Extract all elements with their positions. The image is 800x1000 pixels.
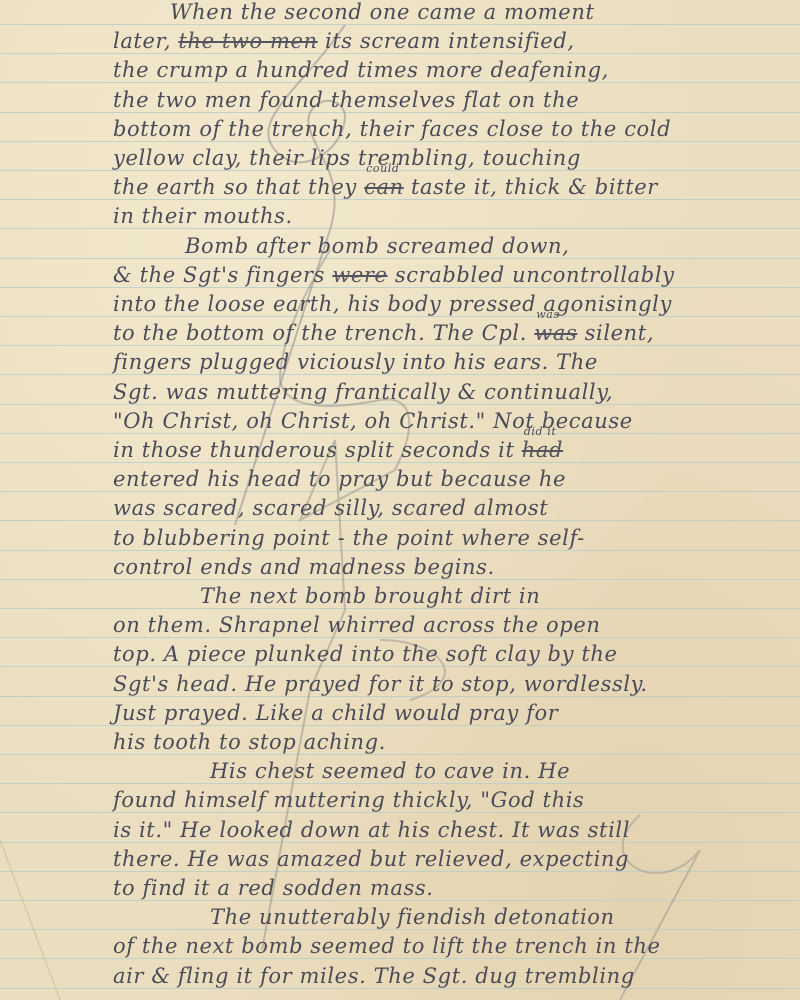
line-text: in their mouths. bbox=[113, 204, 293, 228]
manuscript-line: The next bomb brought dirt in bbox=[0, 584, 800, 608]
line-text: bottom of the trench, their faces close … bbox=[113, 117, 671, 141]
line-text: in those thunderous split seconds it bbox=[113, 438, 515, 462]
ruled-line bbox=[0, 696, 800, 697]
line-text: His chest seemed to cave in. He bbox=[210, 759, 570, 783]
line-text: the crump a hundred times more deafening… bbox=[113, 58, 609, 82]
inserted-correction: could bbox=[366, 162, 399, 175]
manuscript-line: to the bottom of the trench. The Cpl. wa… bbox=[0, 321, 800, 345]
ruled-line bbox=[0, 754, 800, 755]
struck-out-word: the two men bbox=[178, 29, 317, 53]
manuscript-page: When the second one came a momentlater, … bbox=[0, 0, 800, 1000]
manuscript-line: on them. Shrapnel whirred across the ope… bbox=[0, 613, 800, 637]
ruled-line bbox=[0, 24, 800, 25]
manuscript-line: his tooth to stop aching. bbox=[0, 730, 800, 754]
manuscript-line: the crump a hundred times more deafening… bbox=[0, 58, 800, 82]
manuscript-line: later, the two men its scream intensifie… bbox=[0, 29, 800, 53]
line-text: of the next bomb seemed to lift the tren… bbox=[113, 934, 661, 958]
line-text: When the second one came a moment bbox=[170, 0, 594, 24]
manuscript-line: in those thunderous split seconds it had… bbox=[0, 438, 800, 462]
manuscript-line: control ends and madness begins. bbox=[0, 555, 800, 579]
line-text: to find it a red sodden mass. bbox=[113, 876, 434, 900]
manuscript-line: "Oh Christ, oh Christ, oh Christ." Not b… bbox=[0, 409, 800, 433]
struck-out-word: were bbox=[332, 263, 387, 287]
struck-out-word: was bbox=[534, 321, 577, 345]
struck-out-word: can bbox=[364, 175, 404, 199]
ruled-line bbox=[0, 404, 800, 405]
ruled-line bbox=[0, 141, 800, 142]
manuscript-line: the earth so that they cancould taste it… bbox=[0, 175, 800, 199]
manuscript-line: the two men found themselves flat on the bbox=[0, 88, 800, 112]
ruled-line bbox=[0, 871, 800, 872]
line-text: was scared, scared silly, scared almost bbox=[113, 496, 548, 520]
line-text: Sgt's head. He prayed for it to stop, wo… bbox=[113, 672, 648, 696]
ruled-line bbox=[0, 550, 800, 551]
manuscript-line: fingers plugged viciously into his ears.… bbox=[0, 350, 800, 374]
manuscript-line: Sgt's head. He prayed for it to stop, wo… bbox=[0, 672, 800, 696]
manuscript-line: to find it a red sodden mass. bbox=[0, 876, 800, 900]
line-text: yellow clay, their lips trembling, touch… bbox=[113, 146, 581, 170]
line-text: air & fling it for miles. The Sgt. dug t… bbox=[113, 964, 635, 988]
line-text: Just prayed. Like a child would pray for bbox=[113, 701, 558, 725]
line-text: Sgt. was muttering frantically & continu… bbox=[113, 380, 613, 404]
ruled-line bbox=[0, 900, 800, 901]
line-text: his tooth to stop aching. bbox=[113, 730, 386, 754]
line-text: Bomb after bomb screamed down, bbox=[185, 234, 569, 258]
manuscript-line: found himself muttering thickly, "God th… bbox=[0, 788, 800, 812]
ruled-line bbox=[0, 258, 800, 259]
manuscript-line: of the next bomb seemed to lift the tren… bbox=[0, 934, 800, 958]
line-text-continued: silent, bbox=[585, 321, 654, 345]
line-text: there. He was amazed but relieved, expec… bbox=[113, 847, 629, 871]
line-text: & the Sgt's fingers bbox=[113, 263, 325, 287]
line-text: the two men found themselves flat on the bbox=[113, 88, 579, 112]
manuscript-line: Just prayed. Like a child would pray for bbox=[0, 701, 800, 725]
line-text: the earth so that they bbox=[113, 175, 357, 199]
ruled-line bbox=[0, 316, 800, 317]
line-text: to blubbering point - the point where se… bbox=[113, 526, 585, 550]
manuscript-line: Bomb after bomb screamed down, bbox=[0, 234, 800, 258]
line-text: control ends and madness begins. bbox=[113, 555, 495, 579]
line-text: The unutterably fiendish detonation bbox=[210, 905, 615, 929]
line-text-continued: scrabbled uncontrollably bbox=[395, 263, 675, 287]
line-text: found himself muttering thickly, "God th… bbox=[113, 788, 584, 812]
line-text: into the loose earth, his body pressed a… bbox=[113, 292, 672, 316]
line-text: fingers plugged viciously into his ears.… bbox=[113, 350, 598, 374]
manuscript-line: & the Sgt's fingers were scrabbled uncon… bbox=[0, 263, 800, 287]
struck-out-word: had bbox=[522, 438, 563, 462]
ruled-line bbox=[0, 725, 800, 726]
manuscript-line: to blubbering point - the point where se… bbox=[0, 526, 800, 550]
line-text-continued: its scream intensified, bbox=[325, 29, 575, 53]
ruled-line bbox=[0, 433, 800, 434]
manuscript-line: was scared, scared silly, scared almost bbox=[0, 496, 800, 520]
manuscript-line: When the second one came a moment bbox=[0, 0, 800, 24]
manuscript-line: in their mouths. bbox=[0, 204, 800, 228]
manuscript-line: there. He was amazed but relieved, expec… bbox=[0, 847, 800, 871]
ruled-line bbox=[0, 842, 800, 843]
manuscript-line: The unutterably fiendish detonation bbox=[0, 905, 800, 929]
manuscript-line: entered his head to pray but because he bbox=[0, 467, 800, 491]
ruled-line bbox=[0, 112, 800, 113]
ruled-line bbox=[0, 170, 800, 171]
line-text-continued: taste it, thick & bitter bbox=[411, 175, 658, 199]
manuscript-line: into the loose earth, his body pressed a… bbox=[0, 292, 800, 316]
line-text: The next bomb brought dirt in bbox=[200, 584, 540, 608]
line-text: later, bbox=[113, 29, 171, 53]
manuscript-line: air & fling it for miles. The Sgt. dug t… bbox=[0, 964, 800, 988]
line-text: to the bottom of the trench. The Cpl. bbox=[113, 321, 527, 345]
ruled-line bbox=[0, 287, 800, 288]
manuscript-line: His chest seemed to cave in. He bbox=[0, 759, 800, 783]
line-text: on them. Shrapnel whirred across the ope… bbox=[113, 613, 601, 637]
ruled-line bbox=[0, 988, 800, 989]
inserted-correction: was bbox=[536, 308, 559, 321]
manuscript-line: bottom of the trench, their faces close … bbox=[0, 117, 800, 141]
manuscript-line: Sgt. was muttering frantically & continu… bbox=[0, 380, 800, 404]
line-text: entered his head to pray but because he bbox=[113, 467, 566, 491]
line-text: top. A piece plunked into the soft clay … bbox=[113, 642, 618, 666]
manuscript-line: top. A piece plunked into the soft clay … bbox=[0, 642, 800, 666]
ruled-line bbox=[0, 462, 800, 463]
ruled-line bbox=[0, 608, 800, 609]
ruled-line bbox=[0, 579, 800, 580]
inserted-correction: did it bbox=[524, 425, 557, 438]
manuscript-line: is it." He looked down at his chest. It … bbox=[0, 818, 800, 842]
manuscript-line: yellow clay, their lips trembling, touch… bbox=[0, 146, 800, 170]
line-text: is it." He looked down at his chest. It … bbox=[113, 818, 630, 842]
